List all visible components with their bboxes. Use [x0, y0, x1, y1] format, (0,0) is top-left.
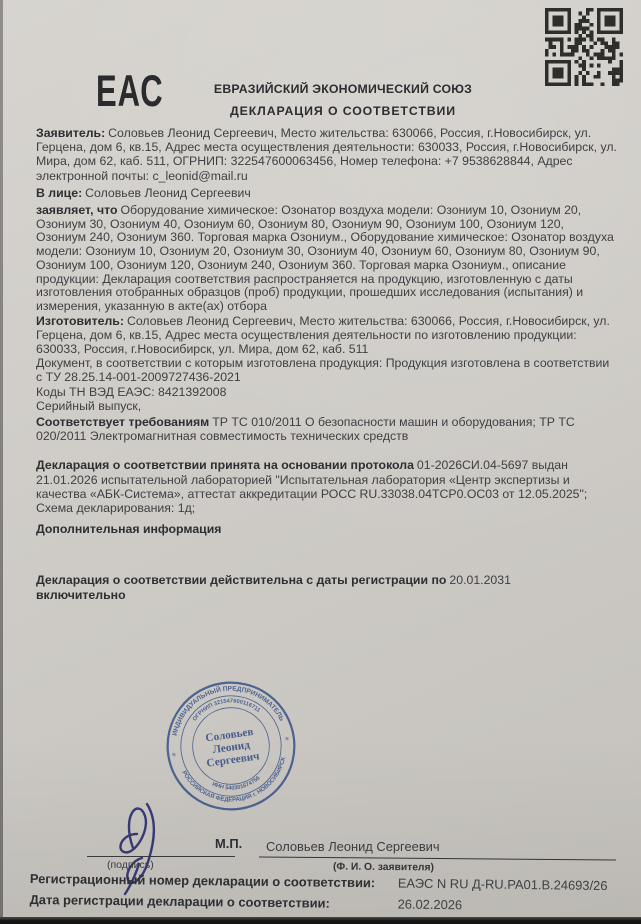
manufacturer-label: Изготовитель:	[36, 314, 124, 328]
qr-code-icon	[540, 8, 628, 91]
protocol-basis-label: Декларация о соответствии принята на осн…	[36, 458, 414, 472]
registration-date-label: Дата регистрации декларации о соответств…	[30, 892, 398, 911]
validity-date: 20.01.2031	[449, 573, 511, 587]
manufacturer-paragraph: Изготовитель:Соловьев Леонид Сергеевич, …	[36, 314, 617, 357]
stamp-star-right-icon: ✳	[284, 735, 290, 743]
applicant-label: Заявитель:	[36, 126, 105, 140]
validity-suffix: включительно	[36, 588, 617, 602]
document-body: Заявитель:Соловьев Леонид Сергеевич, Мес…	[36, 126, 617, 602]
tnved-codes-line: Коды ТН ВЭД ЕАЭС: 8421392008	[36, 385, 617, 399]
additional-info-label: Дополнительная информация	[36, 522, 221, 536]
validity-label: Декларация о соответствии действительна …	[36, 573, 446, 587]
protocol-basis-paragraph: Декларация о соответствии принята на осн…	[36, 458, 617, 515]
complies-paragraph: Соответствует требованиямТР ТС 010/2011 …	[36, 415, 617, 443]
photo-edge-bottom	[0, 917, 641, 924]
declares-text: Оборудование химическое: Озонатор воздух…	[36, 203, 614, 313]
stamp-place-label: М.П.	[215, 836, 242, 851]
document-header: ЕВРАЗИЙСКИЙ ЭКОНОМИЧЕСКИЙ СОЮЗ ДЕКЛАРАЦИ…	[133, 82, 553, 118]
applicant-name: Соловьев Леонид Сергеевич	[266, 839, 440, 854]
applicant-name-caption: (Ф. И. О. заявителя)	[333, 862, 434, 874]
doc-title: ДЕКЛАРАЦИЯ О СООТВЕТСТВИИ	[133, 104, 553, 118]
applicant-text: Соловьев Леонид Сергеевич, Место жительс…	[36, 126, 617, 183]
svg-text:ИНДИВИДУАЛЬНЫЙ ПРЕДПРИНИМАТЕЛЬ: ИНДИВИДУАЛЬНЫЙ ПРЕДПРИНИМАТЕЛЬ	[166, 676, 286, 737]
declares-paragraph: заявляет, чтоОборудование химическое: Оз…	[36, 204, 617, 314]
additional-info-heading: Дополнительная информация	[36, 522, 617, 536]
in-person-text: Соловьев Леонид Сергеевич	[85, 186, 251, 200]
serial-release-text: Серийный выпуск,	[36, 399, 141, 413]
stamp-ring-top-text: ИНДИВИДУАЛЬНЫЙ ПРЕДПРИНИМАТЕЛЬ	[166, 676, 286, 737]
registration-block: Регистрационный номер декларации о соотв…	[30, 871, 636, 914]
scanned-document-photo: ЕАС ЕВРАЗИЙСКИЙ ЭКОНОМИЧЕСКИЙ СОЮЗ ДЕКЛА…	[0, 0, 641, 924]
signature-caption: (подпись)	[107, 859, 154, 871]
complies-label: Соответствует требованиям	[36, 415, 209, 429]
registration-number-row: Регистрационный номер декларации о соотв…	[30, 871, 636, 893]
registration-date-row: Дата регистрации декларации о соответств…	[30, 892, 636, 914]
in-person-paragraph: В лице:Соловьев Леонид Сергеевич	[36, 186, 617, 200]
registration-number-label: Регистрационный номер декларации о соотв…	[30, 871, 398, 890]
registration-number-value: ЕАЭС N RU Д-RU.РА01.В.24693/26	[398, 875, 608, 893]
registration-date-value: 26.02.2026	[398, 896, 463, 912]
applicant-name-line	[259, 856, 616, 860]
signature-line	[87, 856, 235, 857]
union-title: ЕВРАЗИЙСКИЙ ЭКОНОМИЧЕСКИЙ СОЮЗ	[133, 82, 553, 96]
manufacture-document-text: Документ, в соответствии с которым изгот…	[36, 356, 609, 384]
serial-release-line: Серийный выпуск,	[36, 399, 617, 413]
photo-edge-left	[0, 0, 3, 917]
in-person-label: В лице:	[36, 186, 82, 200]
tnved-codes-text: Коды ТН ВЭД ЕАЭС: 8421392008	[36, 385, 226, 399]
declares-label: заявляет, что	[36, 203, 117, 217]
applicant-paragraph: Заявитель:Соловьев Леонид Сергеевич, Мес…	[36, 126, 617, 183]
document-page: ЕАС ЕВРАЗИЙСКИЙ ЭКОНОМИЧЕСКИЙ СОЮЗ ДЕКЛА…	[3, 0, 641, 917]
validity-paragraph: Декларация о соответствии действительна …	[36, 573, 617, 601]
manufacture-document-paragraph: Документ, в соответствии с которым изгот…	[36, 356, 617, 384]
stamp-star-left-icon: ✳	[171, 751, 177, 759]
